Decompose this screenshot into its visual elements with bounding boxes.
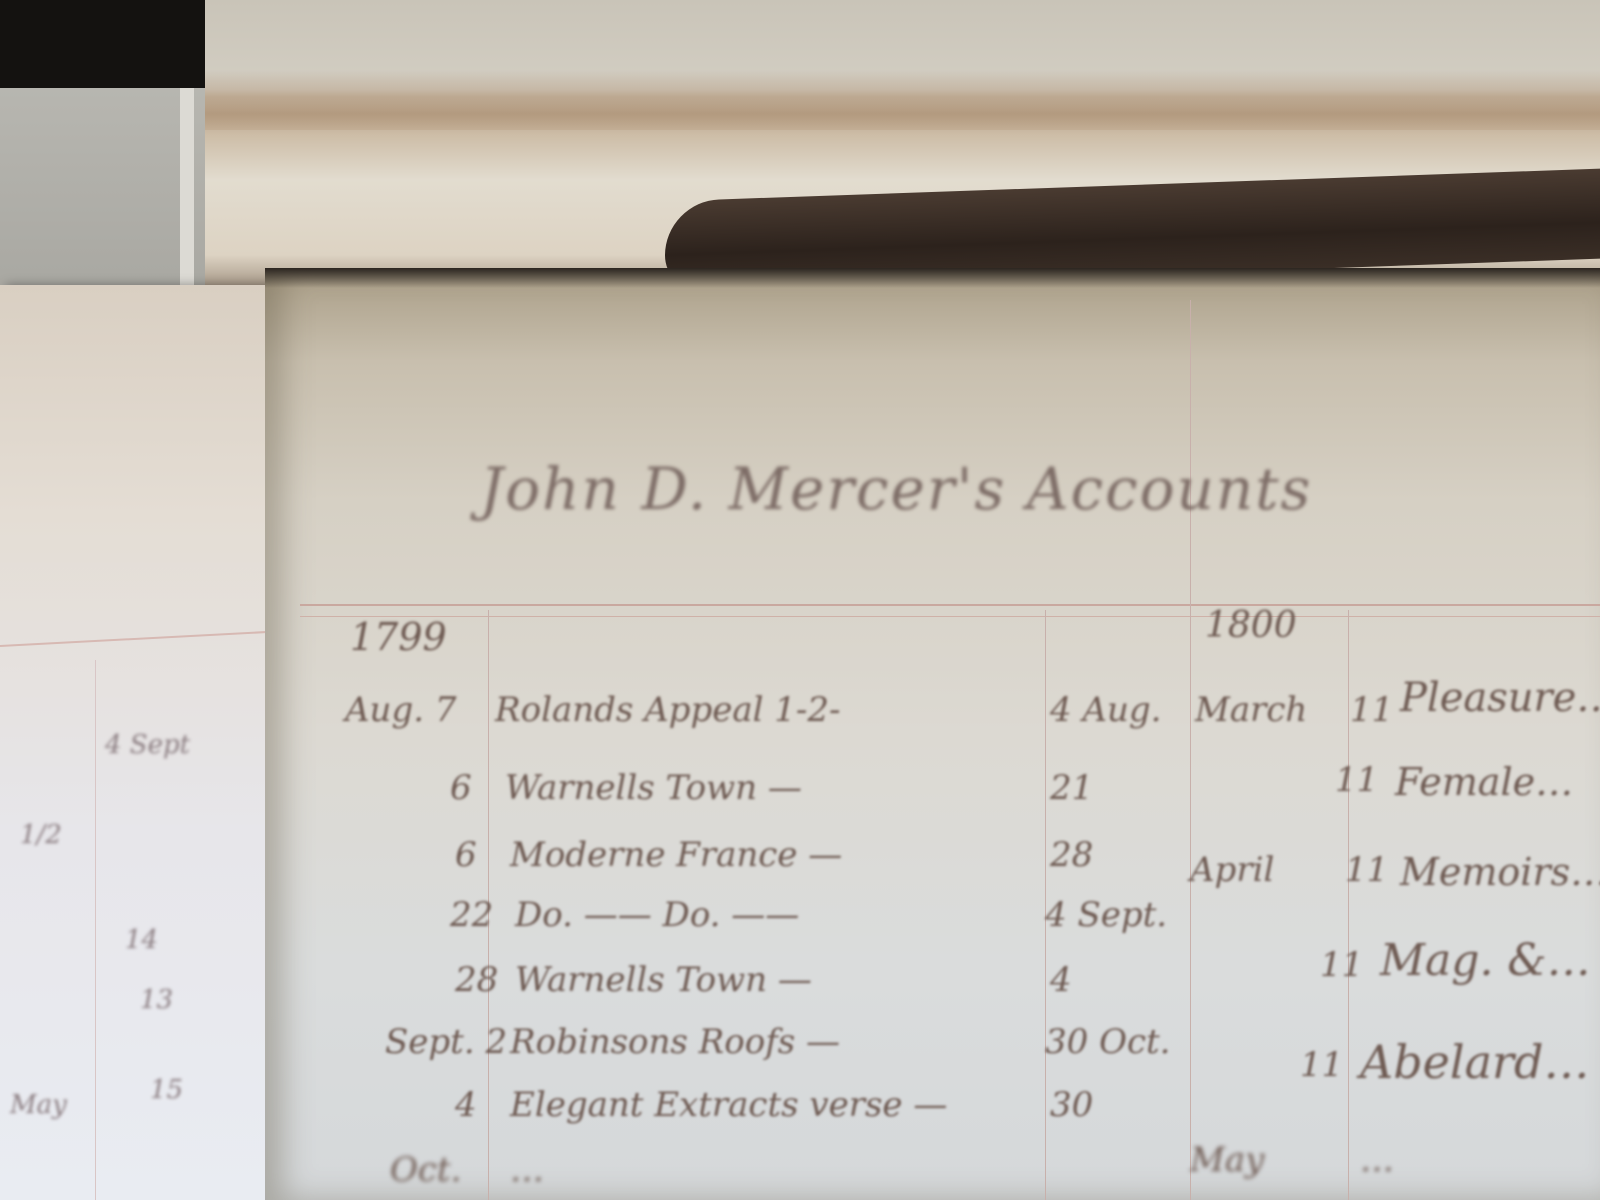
entry-date: Oct. bbox=[390, 1150, 461, 1190]
entry-ref: 4 Sept. bbox=[1045, 895, 1167, 935]
right-entry-description: Abelard… bbox=[1360, 1035, 1589, 1089]
right-entry-date: March bbox=[1195, 690, 1307, 730]
left-fragment: 14 bbox=[125, 925, 158, 955]
ledger-heading: John D. Mercer's Accounts bbox=[480, 455, 1312, 523]
entry-description: Warnells Town — bbox=[515, 960, 812, 1000]
entry-description: Moderne France — bbox=[510, 835, 842, 875]
right-entry-description: Pleasure… bbox=[1400, 675, 1600, 721]
header-rule bbox=[300, 604, 1600, 606]
entry-date: 6 bbox=[455, 835, 477, 875]
gray-box-panel bbox=[0, 88, 205, 288]
right-entry-description: Memoirs… bbox=[1400, 850, 1600, 894]
page-top-shadow bbox=[265, 268, 1600, 288]
entry-date: Sept. 2 bbox=[385, 1022, 507, 1062]
right-entry-date: April bbox=[1190, 850, 1274, 890]
entry-ref: 28 bbox=[1050, 835, 1093, 875]
entry-ref: 21 bbox=[1050, 768, 1093, 808]
entry-ref: 30 Oct. bbox=[1045, 1022, 1170, 1062]
right-entry-description: … bbox=[1360, 1140, 1394, 1180]
entry-date: 6 bbox=[450, 768, 472, 808]
right-entry-vol: 11 bbox=[1300, 1045, 1343, 1085]
right-entry-description: Mag. &… bbox=[1380, 935, 1591, 986]
left-fragment: May bbox=[10, 1090, 67, 1120]
right-entry-vol: 11 bbox=[1345, 850, 1388, 890]
entry-description: Do. —— Do. —— bbox=[515, 895, 799, 935]
entry-date: 22 bbox=[450, 895, 493, 935]
entry-description: Warnells Town — bbox=[505, 768, 802, 808]
entry-date: Aug. 7 bbox=[345, 690, 456, 730]
header-rule-secondary bbox=[300, 616, 1600, 617]
entry-description: … bbox=[510, 1150, 544, 1190]
right-entry-description: Female… bbox=[1395, 760, 1573, 804]
right-entry-date: May bbox=[1190, 1140, 1264, 1180]
entry-ref: 30 bbox=[1050, 1085, 1093, 1125]
page-fold-rule bbox=[1190, 300, 1191, 1200]
left-year: 1799 bbox=[350, 615, 447, 659]
left-fragment: 15 bbox=[150, 1075, 183, 1105]
entry-ref: 4 bbox=[1050, 960, 1072, 1000]
left-page-column-line bbox=[95, 660, 96, 1200]
left-fragment: 4 Sept bbox=[105, 730, 190, 760]
entry-date: 4 bbox=[455, 1085, 477, 1125]
rust-stain-band bbox=[205, 70, 1600, 130]
entry-description: Elegant Extracts verse — bbox=[510, 1085, 947, 1125]
dark-corner bbox=[0, 0, 205, 88]
left-fragment: 13 bbox=[140, 985, 173, 1015]
entry-ref: 4 Aug. bbox=[1050, 690, 1161, 730]
left-fragment: 1/2 bbox=[20, 820, 62, 850]
right-year: 1800 bbox=[1205, 605, 1297, 646]
panel-edge bbox=[180, 88, 194, 288]
entry-description: Robinsons Roofs — bbox=[510, 1022, 840, 1062]
entry-date: 28 bbox=[455, 960, 498, 1000]
right-date-column-rule bbox=[1348, 610, 1349, 1200]
entry-description: Rolands Appeal 1-2- bbox=[495, 690, 841, 730]
right-entry-vol: 11 bbox=[1350, 690, 1393, 730]
right-entry-vol: 11 bbox=[1320, 945, 1363, 985]
right-entry-vol: 11 bbox=[1335, 760, 1378, 800]
